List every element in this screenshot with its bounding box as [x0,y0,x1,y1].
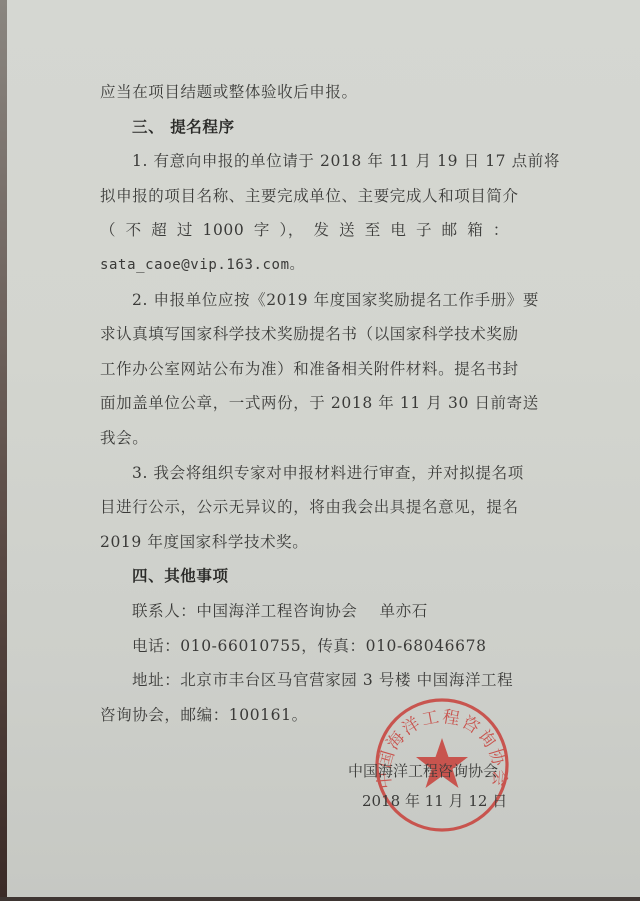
body-line: 1. 有意向申报的单位请于 2018 年 11 月 19 日 17 点前将 [100,144,558,179]
body-line: 拟申报的项目名称、主要完成单位、主要完成人和项目简介 [100,179,558,214]
body-line: 我会。 [100,421,558,456]
document-body: 应当在项目结题或整体验收后申报。 三、 提名程序 1. 有意向申报的单位请于 2… [100,75,558,732]
signature-date: 2018 年 11 月 12 日 [348,786,507,816]
body-line: 求认真填写国家科学技术奖励提名书（以国家科学技术奖励 [100,317,558,352]
photo-left-edge [0,0,7,901]
photo-bottom-edge [0,897,640,901]
contact-person: 联系人：中国海洋工程咨询协会 单亦石 [100,594,558,629]
section-heading-other-matters: 四、其他事项 [100,559,558,594]
body-line: 2019 年度国家科学技术奖。 [100,525,558,560]
phone-fax: 电话：010-66010755，传真：010-68046678 [100,629,558,664]
body-line: 2. 申报单位应按《2019 年度国家奖励提名工作手册》要 [100,283,558,318]
address: 地址：北京市丰台区马官营家园 3 号楼 中国海洋工程 [100,663,558,698]
body-line: 面加盖单位公章，一式两份，于 2018 年 11 月 30 日前寄送 [100,386,558,421]
body-line: 3. 我会将组织专家对申报材料进行审查，并对拟提名项 [100,456,558,491]
body-line: 工作办公室网站公布为准）和准备相关附件材料。提名书封 [100,352,558,387]
signature-organization: 中国海洋工程咨询协会 [348,756,507,786]
signature-block: 中国海洋工程咨询协会 2018 年 11 月 12 日 [348,756,507,816]
section-heading-nomination-procedure: 三、 提名程序 [100,110,558,145]
email-address: sata_caoe@vip.163.com。 [100,248,558,283]
body-line: 目进行公示，公示无异议的，将由我会出具提名意见，提名 [100,490,558,525]
body-line: 应当在项目结题或整体验收后申报。 [100,75,558,110]
body-line: （ 不 超 过 1000 字 ）， 发 送 至 电 子 邮 箱 ： [100,213,558,248]
